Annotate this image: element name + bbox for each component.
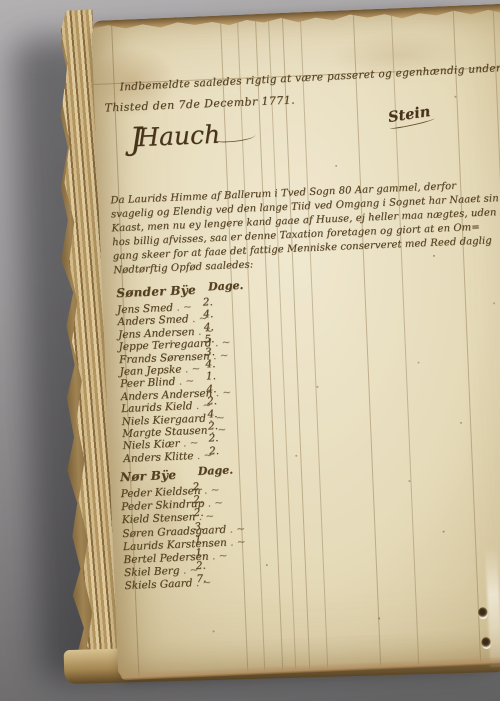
row-days: 4.	[207, 408, 218, 420]
row-days: 2.	[192, 481, 203, 493]
row-days: 2.	[208, 432, 219, 444]
photo-backdrop: Indbemeldte saaledes rigtig at være pass…	[0, 0, 500, 701]
section-rows: Jens Smed 2. Anders Smed 4. Jens Anderse…	[117, 291, 354, 462]
row-days: 3.	[194, 520, 205, 532]
row-name: Anders Klitte	[123, 449, 212, 465]
attestation-line-2: Thisted den 7de Decembr 1771.	[104, 94, 295, 115]
row-days: 1.	[206, 370, 217, 382]
row-days: 4.	[205, 358, 216, 370]
row-days: 2.	[193, 507, 204, 519]
row-days: 2.	[207, 395, 218, 407]
manuscript-page: Indbemeldte saaledes rigtig at være pass…	[91, 5, 500, 678]
row-days: 4.	[206, 383, 217, 395]
row-days: 5.	[204, 333, 215, 345]
section-sonderbye: Sønder Bÿe Dage. Jens Smed 2. Anders Sme…	[116, 275, 353, 462]
signature-left: JHauch	[129, 116, 257, 157]
row-days: 2.	[193, 494, 204, 506]
row-days: 2.	[208, 420, 219, 432]
signature-left-name: Hauch	[137, 120, 221, 152]
ruled-line-vertical	[353, 12, 381, 666]
days-column-header: Dage.	[208, 279, 244, 293]
row-days: 7.	[196, 573, 207, 585]
row-days: 1.	[195, 547, 206, 559]
worm-hole	[478, 607, 488, 619]
row-days: 2.	[203, 296, 214, 308]
days-column-header: Dage.	[198, 463, 234, 477]
row-days: 2.	[209, 445, 220, 457]
section-rows: Peder Kieldsen 2. Peder Skindrup 2. Kiel…	[120, 475, 354, 590]
row-days: 3.	[205, 346, 216, 358]
row-days: 4.	[204, 321, 215, 333]
signature-underline-flourish	[214, 131, 256, 143]
row-days: 2.	[196, 560, 207, 572]
paper-specks	[91, 23, 93, 25]
row-days: 1.	[194, 533, 205, 545]
section-norbye: Nør Bÿe Dage. Peder Kieldsen 2. Peder Sk…	[120, 459, 355, 590]
row-days: 4.	[203, 309, 214, 321]
attestation-line-1: Indbemeldte saaledes rigtig at være pass…	[119, 63, 479, 93]
ruled-line-vertical	[453, 8, 481, 662]
body-paragraph: Da Laurids Himme af Ballerum i Tved Sogn…	[110, 177, 500, 278]
